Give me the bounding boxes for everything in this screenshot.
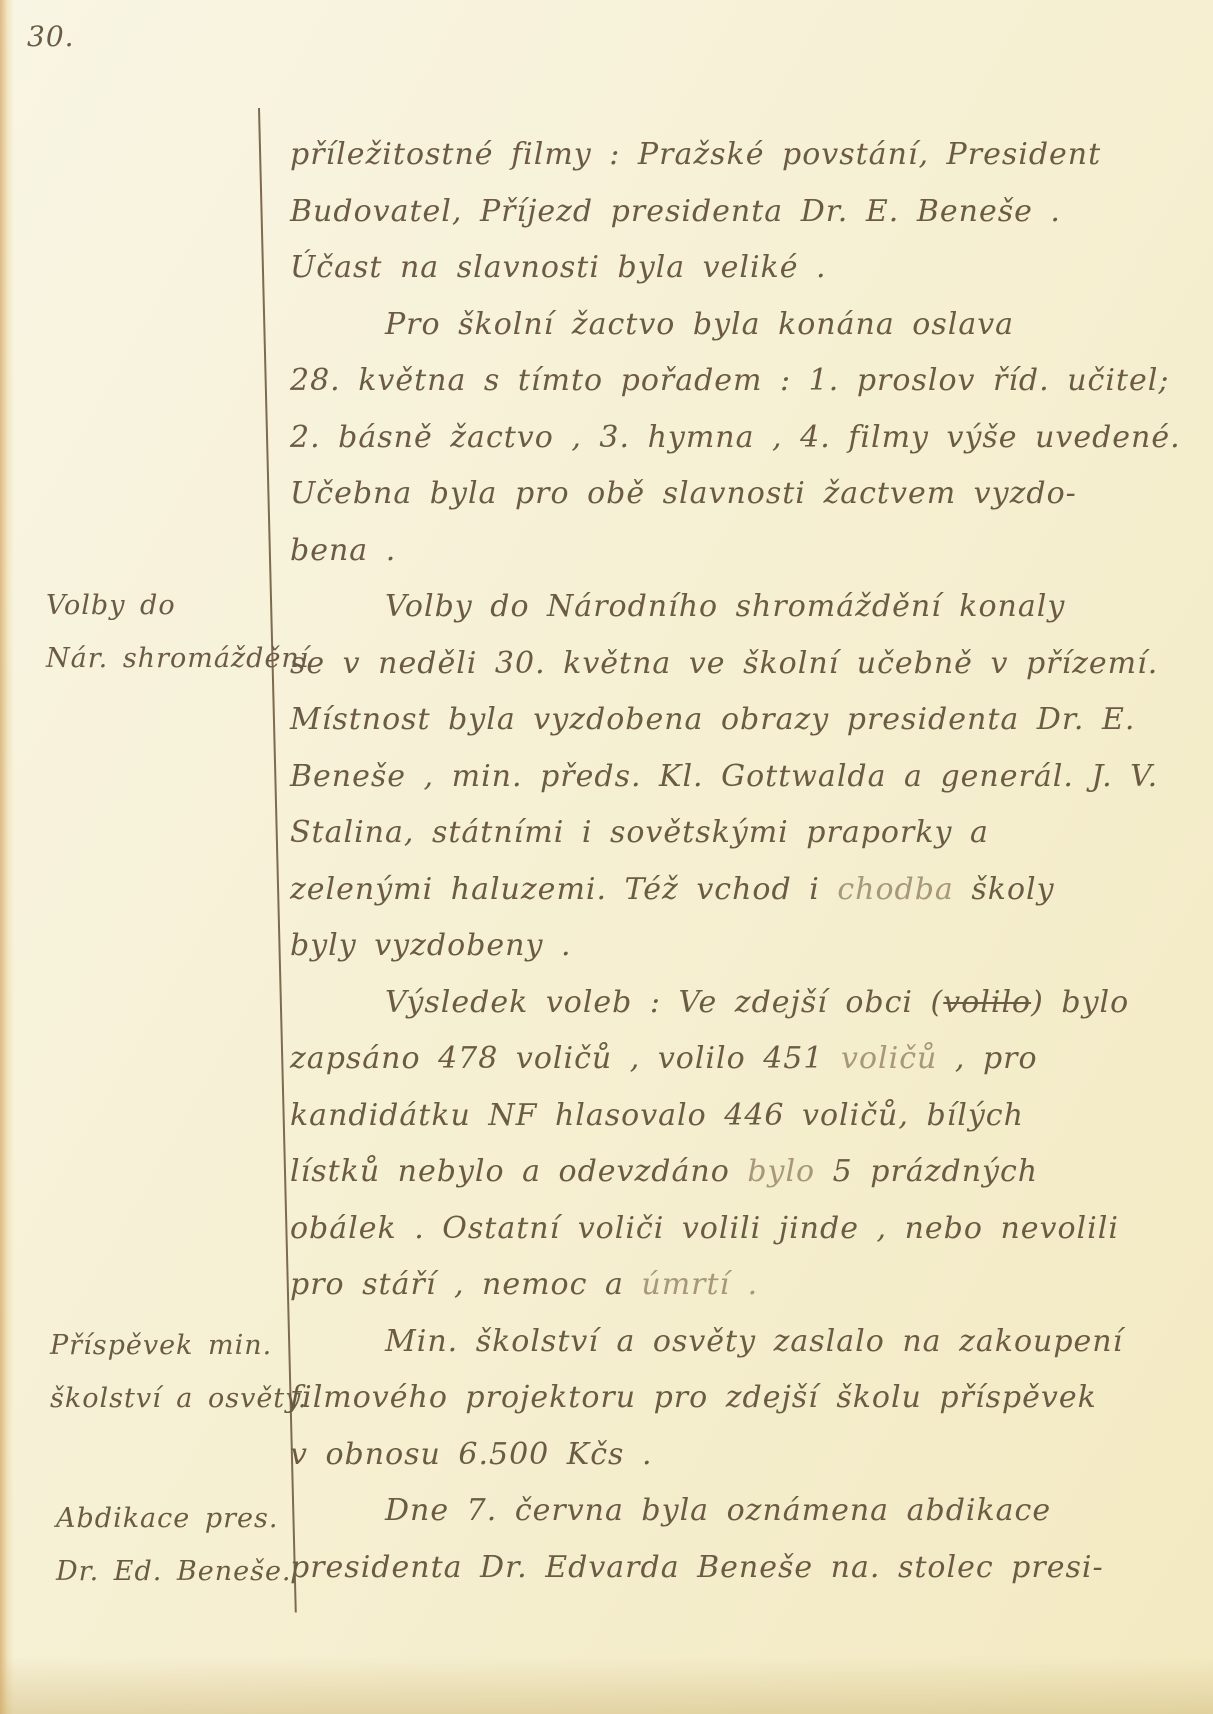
text-segment: obálek . Ostatní voliči volili jinde , n… (290, 1211, 1119, 1246)
text-segment: zapsáno 478 voličů , volilo 451 (290, 1041, 841, 1076)
body-line: Účast na slavnosti byla veliké . (290, 240, 1150, 297)
margin-note-volby: Volby do Nár. shromáždění (46, 579, 309, 685)
body-line: 2. básně žactvo , 3. hymna , 4. filmy vý… (290, 410, 1150, 467)
margin-note-line: školství a osvěty. (50, 1372, 307, 1425)
margin-note-line: Dr. Ed. Beneše. (56, 1545, 292, 1598)
body-line: 28. května s tímto pořadem : 1. proslov … (290, 353, 1150, 410)
body-line: presidenta Dr. Edvarda Beneše na. stolec… (290, 1540, 1150, 1597)
text-segment: pro stáří , nemoc a (290, 1267, 641, 1302)
body-line: příležitostné filmy : Pražské povstání, … (290, 127, 1150, 184)
text-segment: Stalina, státními i sovětskými praporky … (290, 815, 989, 850)
text-segment: bena . (290, 533, 396, 568)
text-segment: , pro (937, 1041, 1037, 1076)
body-line: filmového projektoru pro zdejší školu př… (290, 1370, 1150, 1427)
body-line: Budovatel, Příjezd presidenta Dr. E. Ben… (290, 184, 1150, 241)
margin-note-prispevek: Příspěvek min. školství a osvěty. (50, 1319, 307, 1425)
text-segment: 2. básně žactvo , 3. hymna , 4. filmy vý… (290, 420, 1181, 455)
text-segment: v obnosu 6.500 Kčs . (290, 1437, 653, 1472)
body-line: Stalina, státními i sovětskými praporky … (290, 805, 1150, 862)
body-line: kandidátku NF hlasovalo 446 voličů, bílý… (290, 1088, 1150, 1145)
body-line: bena . (290, 523, 1150, 580)
body-line: obálek . Ostatní voliči volili jinde , n… (290, 1201, 1150, 1258)
page-number: 30. (27, 20, 75, 53)
body-line: byly vyzdobeny . (290, 918, 1150, 975)
text-segment: školy (954, 872, 1055, 907)
text-segment: Budovatel, Příjezd presidenta Dr. E. Ben… (290, 194, 1061, 229)
margin-note-line: Abdikace pres. (56, 1492, 292, 1545)
chronicle-page: 30. Volby do Nár. shromáždění Příspěvek … (0, 0, 1213, 1714)
text-segment: Min. školství a osvěty zaslalo na zakoup… (385, 1324, 1123, 1359)
text-segment: presidenta Dr. Edvarda Beneše na. stolec… (290, 1550, 1104, 1585)
body-line: zapsáno 478 voličů , volilo 451 voličů ,… (290, 1031, 1150, 1088)
body-line: Místnost byla vyzdobena obrazy president… (290, 692, 1150, 749)
page-bottom-shadow (0, 1656, 1213, 1714)
margin-note-line: Příspěvek min. (50, 1319, 307, 1372)
margin-note-line: Volby do (46, 579, 309, 632)
body-line: lístků nebylo a odevzdáno bylo 5 prázdný… (290, 1144, 1150, 1201)
body-line: Pro školní žactvo byla konána oslava (290, 297, 1150, 354)
body-line: Výsledek voleb : Ve zdejší obci (volilo)… (290, 975, 1150, 1032)
body-text: příležitostné filmy : Pražské povstání, … (290, 127, 1150, 1596)
text-segment: Beneše , min. předs. Kl. Gottwalda a gen… (290, 759, 1158, 794)
text-segment: Účast na slavnosti byla veliké . (290, 250, 827, 285)
text-segment: Volby do Národního shromáždění konaly (385, 589, 1065, 624)
text-segment: Učebna byla pro obě slavnosti žactvem vy… (290, 476, 1077, 511)
text-segment: úmrtí . (641, 1267, 758, 1302)
text-segment: bylo (747, 1154, 815, 1189)
struck-word: volilo (943, 985, 1031, 1020)
body-line: se v neděli 30. května ve školní učebně … (290, 636, 1150, 693)
text-segment: filmového projektoru pro zdejší školu př… (290, 1380, 1097, 1415)
text-segment: Výsledek voleb : Ve zdejší obci ( (385, 985, 943, 1020)
text-segment: Pro školní žactvo byla konána oslava (385, 307, 1014, 342)
margin-note-line: Nár. shromáždění (46, 632, 309, 685)
body-line: Volby do Národního shromáždění konaly (290, 579, 1150, 636)
body-line: pro stáří , nemoc a úmrtí . (290, 1257, 1150, 1314)
text-segment: příležitostné filmy : Pražské povstání, … (290, 137, 1101, 172)
page-left-edge (0, 0, 14, 1714)
text-segment: chodba (837, 872, 953, 907)
text-segment: se v neděli 30. května ve školní učebně … (290, 646, 1158, 681)
body-line: v obnosu 6.500 Kčs . (290, 1427, 1150, 1484)
text-segment: kandidátku NF hlasovalo 446 voličů, bílý… (290, 1098, 1024, 1133)
body-line: Dne 7. června byla oznámena abdikace (290, 1483, 1150, 1540)
body-line: Min. školství a osvěty zaslalo na zakoup… (290, 1314, 1150, 1371)
body-line: Učebna byla pro obě slavnosti žactvem vy… (290, 466, 1150, 523)
body-line: Beneše , min. předs. Kl. Gottwalda a gen… (290, 749, 1150, 806)
text-segment: Místnost byla vyzdobena obrazy president… (290, 702, 1135, 737)
text-segment: voličů (841, 1041, 937, 1076)
margin-note-abdikace: Abdikace pres. Dr. Ed. Beneše. (56, 1492, 292, 1598)
text-segment: byly vyzdobeny . (290, 928, 572, 963)
text-segment: zelenými haluzemi. Též vchod i (290, 872, 837, 907)
text-segment: 5 prázdných (815, 1154, 1038, 1189)
text-segment: 28. května s tímto pořadem : 1. proslov … (290, 363, 1169, 398)
text-segment: Dne 7. června byla oznámena abdikace (385, 1493, 1051, 1528)
text-segment: lístků nebylo a odevzdáno (290, 1154, 747, 1189)
text-segment: ) bylo (1031, 985, 1129, 1020)
body-line: zelenými haluzemi. Též vchod i chodba šk… (290, 862, 1150, 919)
